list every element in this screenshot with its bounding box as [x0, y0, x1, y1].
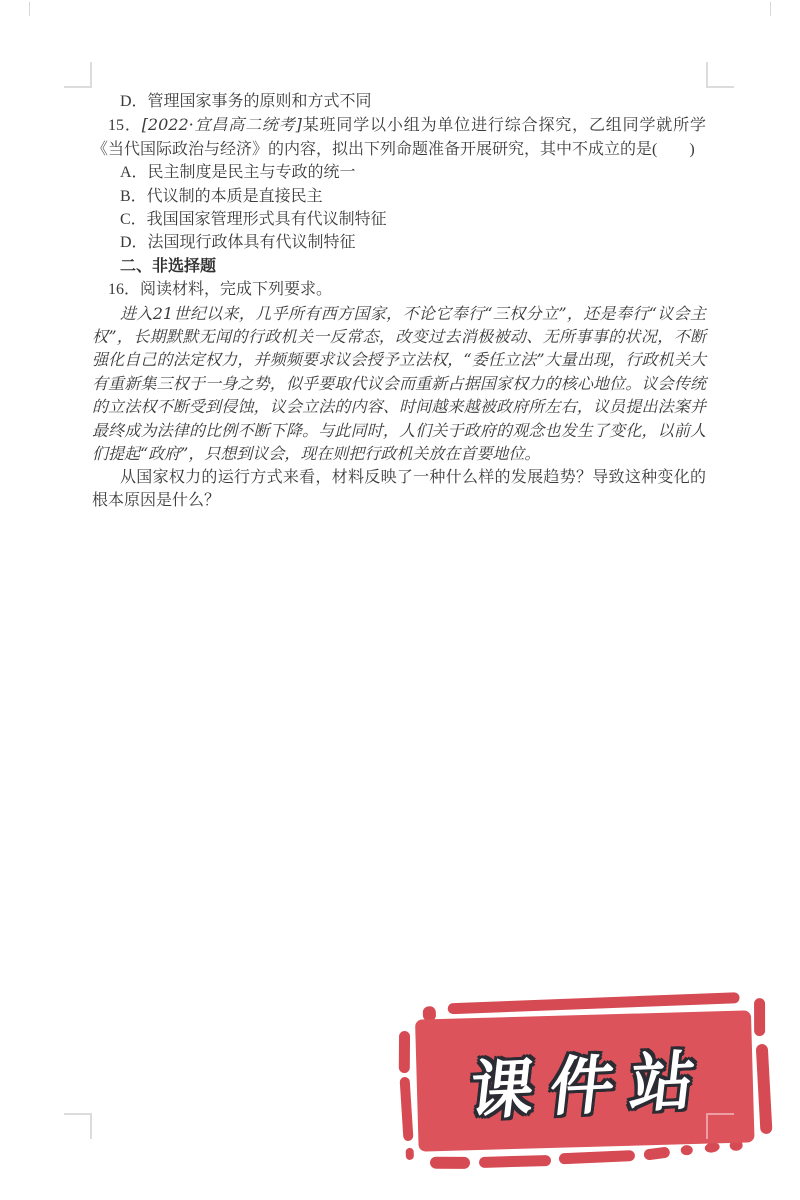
section-heading-non-choice: 二、非选择题	[92, 255, 706, 278]
question-15-option-b: B．代议制的本质是直接民主	[92, 185, 706, 208]
text-boundary-mark-top-left	[64, 62, 92, 88]
text-boundary-mark-bottom-left	[64, 1113, 92, 1139]
stamp-border-stroke	[756, 1044, 773, 1135]
question-15: 15．[2022·宜昌高二统考]某班同学以小组为单位进行综合探究，乙组同学就所学…	[92, 113, 706, 161]
text-boundary-mark-top-right	[706, 62, 734, 88]
stamp-border-stroke	[681, 1145, 693, 1155]
question-15-source-tag: [2022·宜昌高二统考]	[142, 115, 302, 134]
option-d-question14: D．管理国家事务的原则和方式不同	[92, 90, 706, 113]
question-16-number: 16．	[108, 281, 140, 298]
page-edge-tick-right	[770, 2, 771, 16]
question-15-option-a: A．民主制度是民主与专政的统一	[92, 161, 706, 184]
question-15-option-c: C．我国国家管理形式具有代议制特征	[92, 208, 706, 231]
question-15-option-d: D．法国现行政体具有代议制特征	[92, 231, 706, 254]
question-16-instruction: 阅读材料，完成下列要求。	[140, 281, 332, 298]
stamp-border-stroke	[430, 1157, 470, 1169]
stamp-border-stroke	[479, 1155, 551, 1168]
text-boundary-mark-bottom-right	[706, 1113, 734, 1139]
question-15-number: 15．	[108, 117, 142, 134]
stamp-border-stroke	[400, 1077, 414, 1142]
stamp-border-stroke	[406, 1148, 414, 1160]
stamp-border-stroke	[559, 1150, 635, 1164]
stamp-body: 课件站	[415, 1010, 755, 1151]
question-16-material: 进入21世纪以来，几乎所有西方国家，不论它奉行“三权分立”，还是奉行“议会主权”…	[92, 302, 706, 466]
watermark-stamp: 课件站	[392, 988, 777, 1189]
exam-text-block: D．管理国家事务的原则和方式不同 15．[2022·宜昌高二统考]某班同学以小组…	[92, 90, 706, 512]
stamp-border-stroke	[643, 1146, 670, 1160]
question-16: 16．阅读材料，完成下列要求。	[92, 278, 706, 301]
question-16-task: 从国家权力的运行方式来看，材料反映了一种什么样的发展趋势？导致这种变化的根本原因…	[92, 466, 706, 513]
page-edge-tick-left	[29, 2, 30, 16]
stamp-border-stroke	[399, 1031, 410, 1073]
stamp-text: 课件站	[453, 1029, 716, 1133]
stamp-border-stroke	[754, 998, 765, 1036]
document-page: D．管理国家事务的原则和方式不同 15．[2022·宜昌高二统考]某班同学以小组…	[0, 0, 800, 1200]
